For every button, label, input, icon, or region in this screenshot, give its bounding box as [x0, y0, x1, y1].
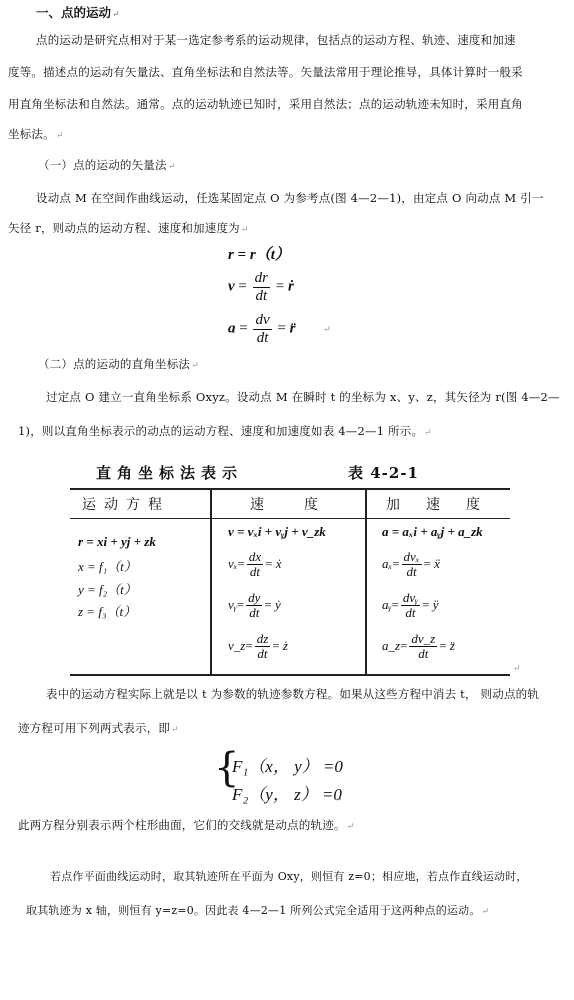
eq-lhs: a [228, 320, 236, 336]
fraction: dvᵧdt [401, 591, 420, 621]
subsection-2-title: （二）点的运动的直角坐标法↵ [38, 356, 199, 372]
paragraph-mark: ↵ [347, 822, 355, 832]
fraction: dydt [246, 591, 262, 621]
fraction: dzdt [255, 632, 271, 662]
header-motion-equation: 运动方程 [82, 494, 170, 514]
fraction-numerator: dy [246, 591, 262, 606]
fraction-numerator: dvₓ [402, 550, 422, 565]
component-lhs: v_z [228, 638, 245, 653]
table-number: 表 4-2-1 [348, 462, 419, 483]
eq-result: ṙ [288, 278, 294, 294]
column-divider [210, 490, 212, 674]
section-title-text: 一、点的运动 [36, 5, 111, 20]
velocity-vector: v = vₓi + vᵧj + v_zk [228, 524, 326, 540]
component-result: ẏ [275, 597, 281, 612]
fraction-numerator: dx [247, 550, 263, 565]
system-equation-1: F₁（x， y） =0 [232, 752, 343, 777]
subsection-1-title-text: （一）点的运动的矢量法 [38, 158, 167, 172]
table-title: 直角坐标法表示 [96, 462, 243, 483]
component-result: ÿ [433, 597, 439, 612]
equation-acceleration: a = dv dt = r̈ ↵ [228, 312, 331, 346]
eq-lhs: r [228, 247, 234, 263]
motion-eq-z: z = f₃（t） [78, 601, 136, 620]
motion-eq-vector: r = xi + yj + zk [78, 534, 156, 550]
conclusion-text: 此两方程分别表示两个柱形曲面，它们的交线就是动点的轨迹。 [18, 818, 346, 832]
intro-line-4: 坐标法。↵ [8, 126, 64, 142]
paragraph-mark: ↵ [112, 10, 120, 20]
fraction-numerator: dv [253, 312, 271, 330]
component-lhs: a_z [382, 638, 400, 653]
fraction-numerator: dz [255, 632, 271, 647]
acceleration-x: aₓ=dvₓdt= ẍ [382, 550, 440, 580]
column-divider [365, 490, 367, 674]
acceleration-vector: a = aₓi + aᵧj + a_zk [382, 524, 483, 540]
component-lhs: aₓ [382, 556, 392, 571]
final-line-1: 若点作平面曲线运动时，取其轨迹所在平面为 Oxy，则恒有 z=0；相应地，若点作… [50, 868, 528, 884]
paragraph-mark: ↵ [168, 162, 176, 172]
eq-lhs: v [228, 278, 235, 294]
subsection-2-line-2-text: 1)，则以直角坐标表示的动点的运动方程、速度和加速度如表 4—2—1 所示。 [18, 424, 423, 438]
paragraph-mark: ↵ [424, 428, 432, 438]
intro-line-4-text: 坐标法。 [8, 127, 55, 141]
paragraph-mark: ↵ [513, 664, 521, 674]
paragraph-mark: ↵ [191, 361, 199, 371]
motion-eq-x: x = f₁（t） [78, 556, 137, 575]
paragraph-mark: ↵ [171, 725, 179, 735]
fraction-numerator: dv_z [409, 632, 437, 647]
fraction: dxdt [247, 550, 263, 580]
fraction: dv dt [253, 312, 271, 346]
fraction-denominator: dt [257, 647, 267, 661]
subsection-1-line-2-text: 矢径 r，则动点的运动方程、速度和加速度为 [8, 221, 240, 235]
fraction-denominator: dt [257, 330, 269, 347]
fraction: dvₓdt [402, 550, 422, 580]
final-line-2-text: 取其轨迹为 x 轴，则恒有 y=z=0。因此表 4—2—1 所列公式完全适用于这… [26, 904, 481, 917]
subsection-1-title: （一）点的运动的矢量法↵ [38, 157, 175, 173]
velocity-z: v_z=dzdt= ż [228, 632, 288, 662]
fraction-denominator: dt [255, 288, 267, 305]
component-result: z̈ [450, 638, 455, 653]
equation-position: r = r（t） [228, 243, 290, 264]
intro-line-1: 点的运动是研究点相对于某一选定参考系的运动规律，包括点的运动方程、轨迹、速度和加… [36, 32, 516, 48]
component-lhs: aᵧ [382, 597, 392, 612]
fraction: dv_zdt [409, 632, 437, 662]
component-result: ż [283, 638, 288, 653]
eq-rhs: r（t） [250, 247, 290, 263]
velocity-y: vᵧ=dydt= ẏ [228, 591, 281, 621]
after-table-line-2: 迹方程可用下列两式表示，即↵ [18, 720, 179, 736]
paragraph-mark: ↵ [482, 907, 490, 917]
component-result: ẋ [276, 556, 282, 571]
table-body: 运动方程 速度 加速度 r = xi + yj + zk x = f₁（t） y… [70, 488, 510, 676]
paragraph-mark: ↵ [241, 225, 249, 235]
component-lhs: vᵧ [228, 597, 237, 612]
subsection-2-line-1: 过定点 O 建立一直角坐标系 Oxyz。设动点 M 在瞬时 t 的坐标为 x、y… [46, 389, 560, 405]
subsection-1-line-1: 设动点 M 在空间作曲线运动，任选某固定点 O 为参考点(图 4—2—1)，由定… [36, 190, 544, 206]
after-table-line-2-text: 迹方程可用下列两式表示，即 [18, 721, 170, 735]
motion-eq-y: y = f₂（t） [78, 579, 137, 598]
subsection-2-line-2: 1)，则以直角坐标表示的动点的运动方程、速度和加速度如表 4—2—1 所示。↵ [18, 423, 432, 439]
fraction-numerator: dr [253, 270, 270, 288]
fraction-denominator: dt [418, 647, 428, 661]
eq-result: r̈ [290, 320, 296, 336]
fraction-denominator: dt [405, 606, 415, 620]
intro-line-2: 度等。描述点的运动有矢量法、直角坐标法和自然法等。矢量法常用于理论推导，具体计算… [8, 64, 523, 80]
header-acceleration: 加速度 [386, 494, 506, 514]
fraction-denominator: dt [406, 565, 416, 579]
paragraph-mark: ↵ [56, 131, 64, 141]
fraction-denominator: dt [249, 606, 259, 620]
final-line-2: 取其轨迹为 x 轴，则恒有 y=z=0。因此表 4—2—1 所列公式完全适用于这… [26, 902, 489, 918]
section-title: 一、点的运动↵ [36, 3, 120, 21]
component-result: ẍ [434, 556, 440, 571]
paragraph-mark: ↵ [335, 795, 343, 805]
acceleration-z: a_z=dv_zdt= z̈ [382, 632, 455, 662]
after-table-line-1: 表中的运动方程实际上就是以 t 为参数的轨迹参数方程。如果从这些方程中消去 t，… [46, 686, 539, 702]
velocity-x: vₓ=dxdt= ẋ [228, 550, 281, 580]
equation-velocity: v = dr dt = ṙ [228, 270, 294, 304]
subsection-2-title-text: （二）点的运动的直角坐标法 [38, 357, 190, 371]
conclusion-line: 此两方程分别表示两个柱形曲面，它们的交线就是动点的轨迹。↵ [18, 817, 354, 833]
fraction-numerator: dvᵧ [401, 591, 420, 606]
subsection-1-line-2: 矢径 r，则动点的运动方程、速度和加速度为↵ [8, 220, 249, 236]
header-velocity: 速度 [250, 494, 358, 514]
system-equation-2: F₂（y， z） =0 [232, 780, 342, 805]
acceleration-y: aᵧ=dvᵧdt= ÿ [382, 591, 439, 621]
fraction: dr dt [253, 270, 270, 304]
paragraph-mark: ↵ [323, 324, 331, 334]
fraction-denominator: dt [250, 565, 260, 579]
intro-line-3: 用直角坐标法和自然法。通常。点的运动轨迹已知时，采用自然法；点的运动轨迹未知时，… [8, 96, 523, 112]
